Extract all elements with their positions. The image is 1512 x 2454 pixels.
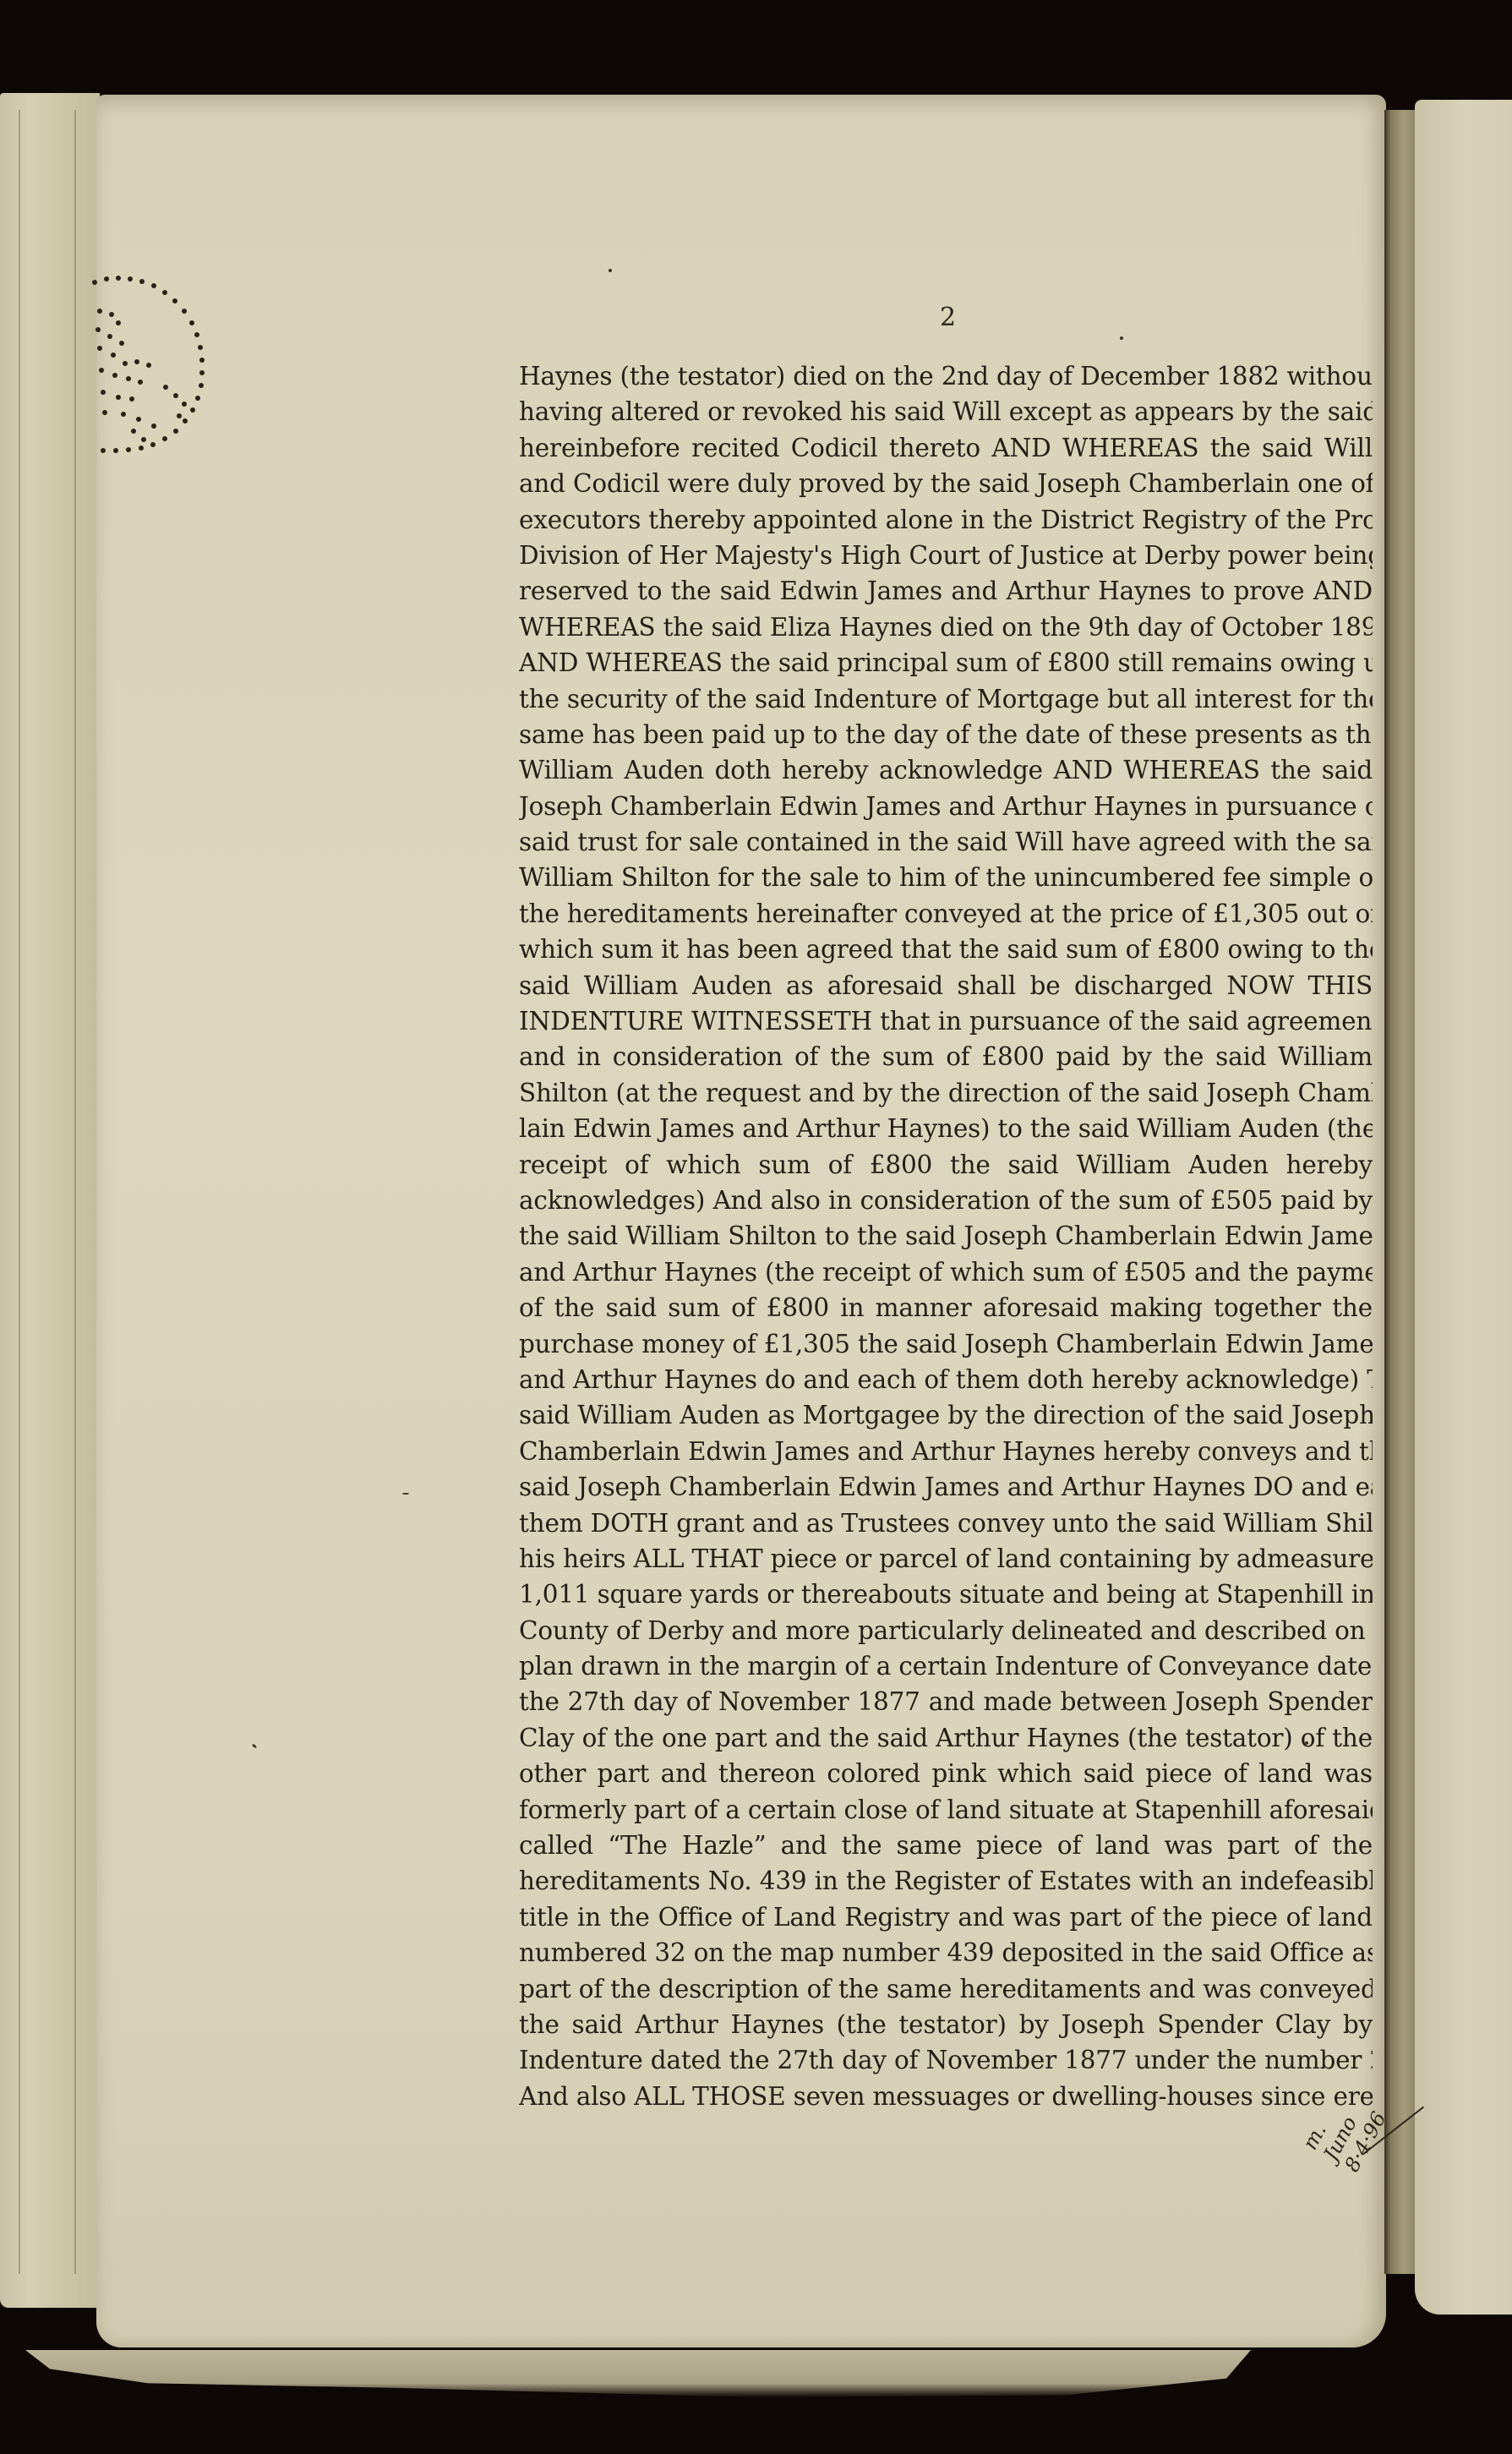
text-line: of the said sum of £800 in manner afores… bbox=[519, 1290, 1373, 1325]
text-line: said trust for sale contained in the sai… bbox=[519, 824, 1373, 860]
text-line: Clay of the one part and the said Arthur… bbox=[519, 1720, 1373, 1756]
torn-page-edges bbox=[25, 2350, 1251, 2397]
text-line: William Auden doth hereby acknowledge AN… bbox=[519, 752, 1373, 788]
text-line: and Arthur Haynes (the receipt of which … bbox=[519, 1254, 1373, 1290]
ink-speck bbox=[1305, 1741, 1308, 1745]
text-line: reserved to the said Edwin James and Art… bbox=[519, 573, 1373, 609]
perforated-seal-icon bbox=[85, 271, 220, 465]
text-line: Chamberlain Edwin James and Arthur Hayne… bbox=[519, 1434, 1373, 1469]
text-line: them DOTH grant and as Trustees convey u… bbox=[519, 1506, 1373, 1541]
text-line: the security of the said Indenture of Mo… bbox=[519, 681, 1373, 717]
adjacent-page-edge bbox=[1415, 100, 1512, 2315]
text-line: the hereditaments hereinafter conveyed a… bbox=[519, 896, 1373, 932]
ink-speck bbox=[1120, 336, 1123, 340]
page-gutter bbox=[1384, 110, 1416, 2274]
text-line: Indenture dated the 27th day of November… bbox=[519, 2042, 1373, 2078]
text-line: acknowledges) And also in consideration … bbox=[519, 1183, 1373, 1218]
text-line: plan drawn in the margin of a certain In… bbox=[519, 1648, 1373, 1684]
text-line: said Joseph Chamberlain Edwin James and … bbox=[519, 1469, 1373, 1505]
text-line: County of Derby and more particularly de… bbox=[519, 1613, 1373, 1648]
page-number: 2 bbox=[940, 303, 956, 332]
text-line: receipt of which sum of £800 the said Wi… bbox=[519, 1147, 1373, 1183]
text-line: WHEREAS the said Eliza Haynes died on th… bbox=[519, 609, 1373, 645]
text-line: Division of Her Majesty's High Court of … bbox=[519, 538, 1373, 573]
ink-speck bbox=[609, 269, 612, 272]
text-line: the said William Shilton to the said Jos… bbox=[519, 1218, 1373, 1254]
text-line: executors thereby appointed alone in the… bbox=[519, 502, 1373, 538]
text-line: formerly part of a certain close of land… bbox=[519, 1792, 1373, 1828]
text-line: and Codicil were duly proved by the said… bbox=[519, 466, 1373, 501]
indenture-body-text: Haynes (the testator) died on the 2nd da… bbox=[519, 358, 1373, 2114]
text-line: hereditaments No. 439 in the Register of… bbox=[519, 1863, 1373, 1899]
text-line: same has been paid up to the day of the … bbox=[519, 717, 1373, 752]
text-line: William Shilton for the sale to him of t… bbox=[519, 860, 1373, 895]
text-line: Haynes (the testator) died on the 2nd da… bbox=[519, 358, 1373, 394]
text-line: which sum it has been agreed that the sa… bbox=[519, 932, 1373, 967]
binding-fold-line bbox=[19, 110, 20, 2274]
text-line: part of the description of the same here… bbox=[519, 1971, 1373, 2007]
text-line: the said Arthur Haynes (the testator) by… bbox=[519, 2007, 1373, 2042]
text-line: lain Edwin James and Arthur Haynes) to t… bbox=[519, 1111, 1373, 1146]
text-line: numbered 32 on the map number 439 deposi… bbox=[519, 1935, 1373, 1970]
text-line: having altered or revoked his said Will … bbox=[519, 394, 1373, 429]
text-line: hereinbefore recited Codicil thereto AND… bbox=[519, 430, 1373, 466]
text-line: Shilton (at the request and by the direc… bbox=[519, 1075, 1373, 1111]
text-line: other part and thereon colored pink whic… bbox=[519, 1756, 1373, 1791]
text-line: And also ALL THOSE seven messuages or dw… bbox=[519, 2079, 1373, 2114]
text-line: 1,011 square yards or thereabouts situat… bbox=[519, 1577, 1373, 1612]
text-line: the 27th day of November 1877 and made b… bbox=[519, 1684, 1373, 1719]
text-line: and in consideration of the sum of £800 … bbox=[519, 1039, 1373, 1074]
text-line: his heirs ALL THAT piece or parcel of la… bbox=[519, 1541, 1373, 1577]
text-line: AND WHEREAS the said principal sum of £8… bbox=[519, 645, 1373, 680]
ink-speck bbox=[402, 1493, 409, 1495]
text-line: called “The Hazle” and the same piece of… bbox=[519, 1828, 1373, 1863]
text-line: said William Auden as aforesaid shall be… bbox=[519, 968, 1373, 1003]
text-line: Joseph Chamberlain Edwin James and Arthu… bbox=[519, 789, 1373, 824]
text-line: INDENTURE WITNESSETH that in pursuance o… bbox=[519, 1003, 1373, 1039]
text-line: and Arthur Haynes do and each of them do… bbox=[519, 1362, 1373, 1397]
text-line: said William Auden as Mortgagee by the d… bbox=[519, 1397, 1373, 1433]
binding-fold-line bbox=[74, 110, 76, 2274]
text-line: title in the Office of Land Registry and… bbox=[519, 1899, 1373, 1935]
text-line: purchase money of £1,305 the said Joseph… bbox=[519, 1326, 1373, 1362]
